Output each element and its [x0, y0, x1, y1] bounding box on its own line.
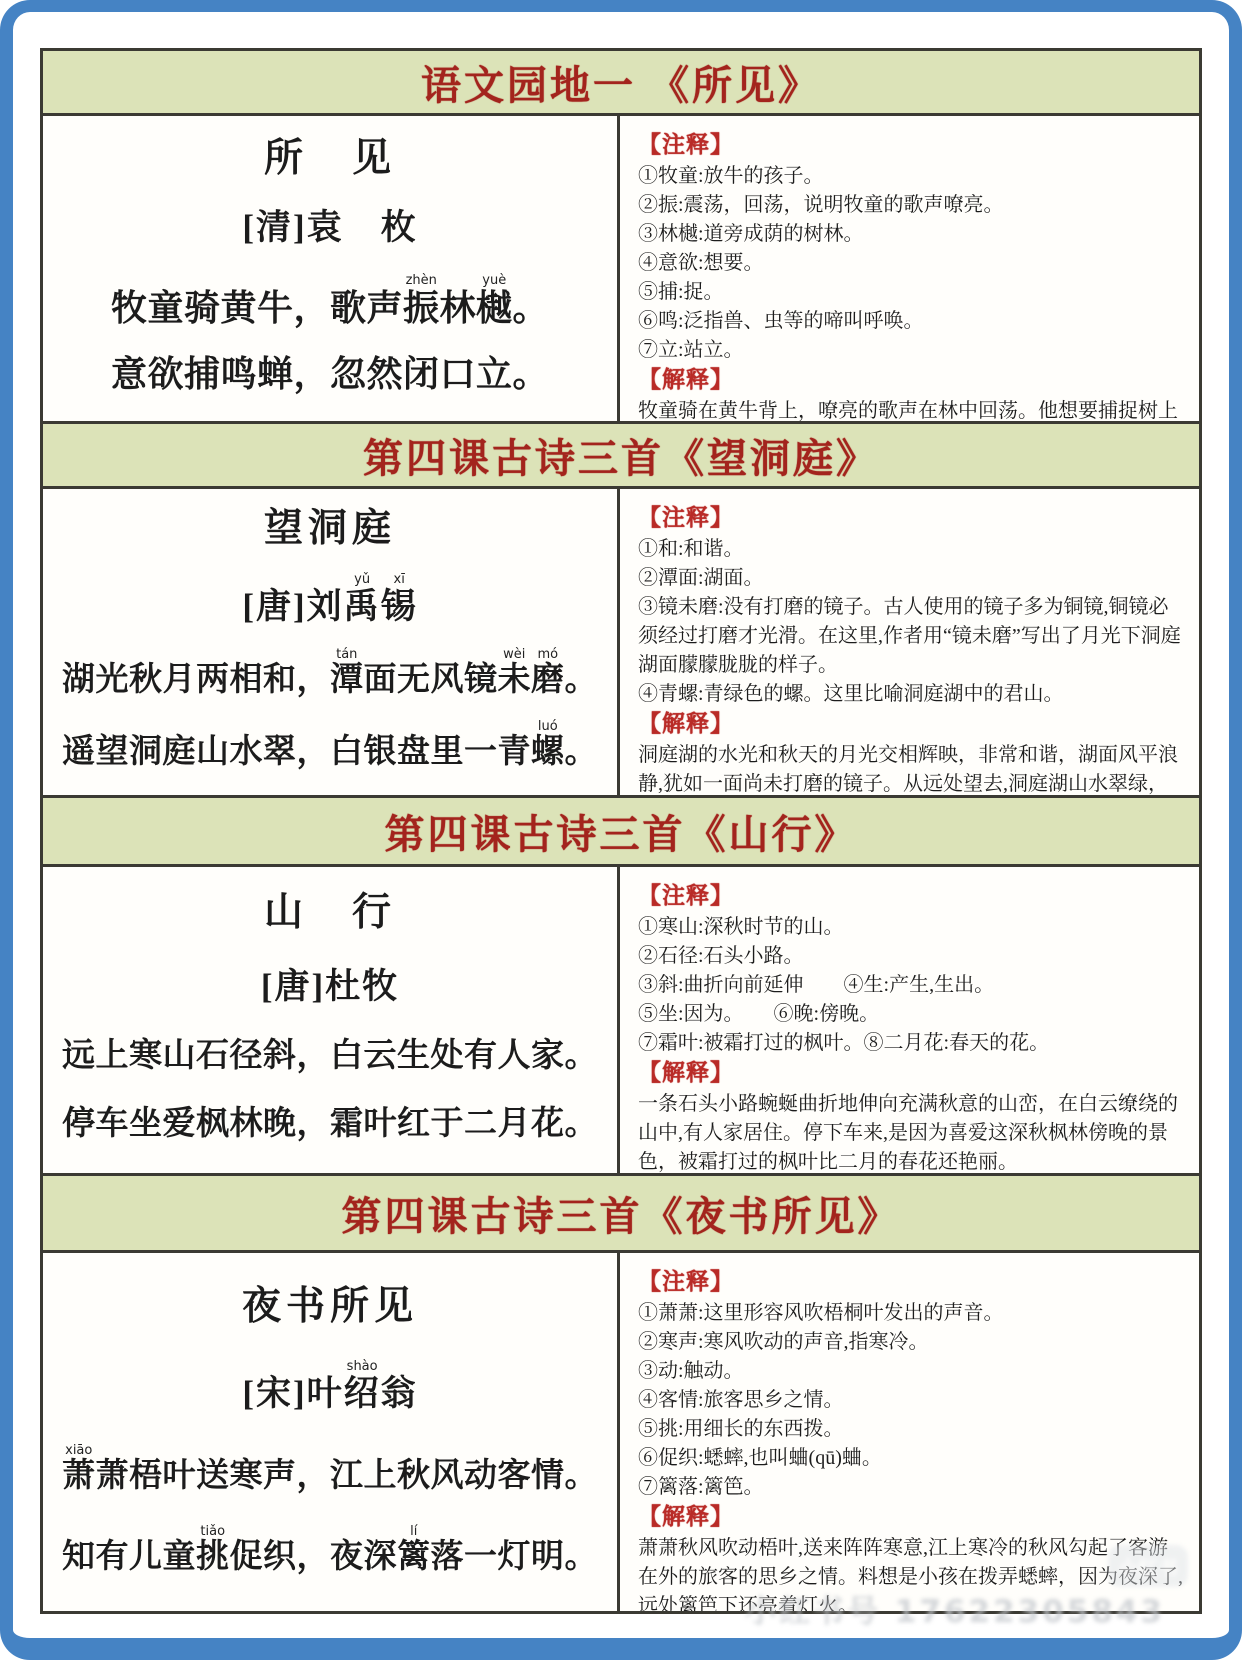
note-item: ②潭面:湖面。	[638, 564, 1187, 593]
explain-block: 【解释】 洞庭湖的水光和秋天的月光交相辉映，非常和谐，湖面风平浪静,犹如一面尚未…	[638, 709, 1187, 795]
note-item: ②寒声:寒风吹动的声音,指寒冷。	[638, 1328, 1187, 1357]
poem-line-2: 停车坐爱枫林晚，霜叶红于二月花。	[62, 1106, 598, 1143]
poem-cell: 望洞庭 [唐]刘禹yǔ锡xī 湖光秋月两相和，潭tán面无风镜未wèi磨mó。 …	[43, 489, 620, 795]
poem-author: [唐]刘禹yǔ锡xī	[242, 573, 417, 627]
poem-cell: 夜书所见 [宋]叶绍shào翁 萧xiāo萧梧叶送寒声，江上秋风动客情。 知有儿…	[43, 1253, 620, 1611]
explain-block: 【解释】 牧童骑在黄牛背上，嘹亮的歌声在林中回荡。他想要捕捉树上鸣叫的蝉，就马上…	[638, 365, 1187, 421]
explain-label: 【解释】	[638, 1502, 1187, 1532]
note-item: ⑤坐:因为。 ⑥晚:傍晚。	[638, 1000, 1187, 1029]
note-item: ③镜未磨:没有打磨的镜子。古人使用的镜子多为铜镜,铜镜必须经过打磨才光滑。在这里…	[638, 593, 1187, 680]
explain-label: 【解释】	[638, 365, 1187, 395]
note-item: ⑦霜叶:被霜打过的枫叶。⑧二月花:春天的花。	[638, 1029, 1187, 1058]
note-item: ③斜:曲折向前延伸 ④生:产生,生出。	[638, 971, 1187, 1000]
section-body: 夜书所见 [宋]叶绍shào翁 萧xiāo萧梧叶送寒声，江上秋风动客情。 知有儿…	[43, 1253, 1199, 1611]
note-item: ③动:触动。	[638, 1357, 1187, 1386]
note-item: ①和:和谐。	[638, 535, 1187, 564]
poem-title: 夜书所见	[242, 1285, 418, 1330]
section-header-title: 第四课古诗三首《山行》	[385, 803, 858, 860]
section-header: 第四课古诗三首《望洞庭》	[43, 424, 1199, 489]
notes-label: 【注释】	[638, 503, 1187, 533]
explain-text: 洞庭湖的水光和秋天的月光交相辉映，非常和谐，湖面风平浪静,犹如一面尚未打磨的镜子…	[638, 741, 1187, 795]
watermark-logo: 小红书	[1108, 1545, 1188, 1587]
worksheet-table: 语文园地一 《所见》 所 见 [清]袁 枚 牧童骑黄牛，歌声振zhèn林樾yuè…	[40, 48, 1202, 1614]
section-body: 望洞庭 [唐]刘禹yǔ锡xī 湖光秋月两相和，潭tán面无风镜未wèi磨mó。 …	[43, 489, 1199, 795]
explain-label: 【解释】	[638, 1058, 1187, 1088]
poem-title: 望洞庭	[264, 507, 396, 552]
poem-section: 第四课古诗三首《望洞庭》 望洞庭 [唐]刘禹yǔ锡xī 湖光秋月两相和，潭tán…	[43, 421, 1199, 795]
notes-list: ①和:和谐。②潭面:湖面。③镜未磨:没有打磨的镜子。古人使用的镜子多为铜镜,铜镜…	[638, 535, 1187, 709]
notes-label: 【注释】	[638, 881, 1187, 911]
explain-text: 一条石头小路蜿蜒曲折地伸向充满秋意的山峦，在白云缭绕的山中,有人家居住。停下车来…	[638, 1090, 1187, 1173]
note-item: ⑦篱落:篱笆。	[638, 1473, 1187, 1502]
poem-line-2: 知有儿童挑tiǎo促织，夜深篱lí落一灯明。	[62, 1525, 598, 1576]
note-item: ⑤挑:用细长的东西拨。	[638, 1415, 1187, 1444]
note-item: ④意欲:想要。	[638, 249, 1187, 278]
note-item: ②石径:石头小路。	[638, 942, 1187, 971]
section-header: 第四课古诗三首《山行》	[43, 798, 1199, 867]
section-header-title: 语文园地一 《所见》	[421, 54, 821, 111]
notes-list: ①寒山:深秋时节的山。②石径:石头小路。③斜:曲折向前延伸 ④生:产生,生出。⑤…	[638, 913, 1187, 1058]
poem-section: 语文园地一 《所见》 所 见 [清]袁 枚 牧童骑黄牛，歌声振zhèn林樾yuè…	[43, 51, 1199, 421]
poem-line-1: 牧童骑黄牛，歌声振zhèn林樾yuè。	[111, 274, 549, 328]
annotation-cell: 【注释】 ①牧童:放牛的孩子。②振:震荡，回荡，说明牧童的歌声嘹亮。③林樾:道旁…	[620, 116, 1199, 421]
explain-text: 牧童骑在黄牛背上，嘹亮的歌声在林中回荡。他想要捕捉树上鸣叫的蝉，就马上停止唱歌,…	[638, 397, 1187, 421]
annotation-cell: 【注释】 ①寒山:深秋时节的山。②石径:石头小路。③斜:曲折向前延伸 ④生:产生…	[620, 867, 1199, 1173]
watermark-text: 小红书号 17622305843	[745, 1586, 1165, 1631]
notes-list: ①牧童:放牛的孩子。②振:震荡，回荡，说明牧童的歌声嘹亮。③林樾:道旁成荫的树林…	[638, 162, 1187, 365]
note-item: ①牧童:放牛的孩子。	[638, 162, 1187, 191]
note-item: ⑥鸣:泛指兽、虫等的啼叫呼唤。	[638, 307, 1187, 336]
explain-block: 【解释】 一条石头小路蜿蜒曲折地伸向充满秋意的山峦，在白云缭绕的山中,有人家居住…	[638, 1058, 1187, 1173]
section-header: 语文园地一 《所见》	[43, 51, 1199, 116]
poem-line-1: 萧xiāo萧梧叶送寒声，江上秋风动客情。	[62, 1444, 598, 1495]
notes-label: 【注释】	[638, 130, 1187, 160]
annotation-cell: 【注释】 ①和:和谐。②潭面:湖面。③镜未磨:没有打磨的镜子。古人使用的镜子多为…	[620, 489, 1199, 795]
poem-author: [唐]杜牧	[261, 967, 399, 1007]
poem-line-2: 意欲捕鸣蝉，忽然闭口立。	[111, 354, 549, 394]
poem-title: 山 行	[264, 891, 396, 936]
note-item: ④客情:旅客思乡之情。	[638, 1386, 1187, 1415]
poem-title: 所 见	[264, 137, 396, 182]
section-header: 第四课古诗三首《夜书所见》	[43, 1176, 1199, 1253]
poem-line-1: 远上寒山石径斜，白云生处有人家。	[62, 1038, 598, 1075]
poem-section: 第四课古诗三首《夜书所见》 夜书所见 [宋]叶绍shào翁 萧xiāo萧梧叶送寒…	[43, 1173, 1199, 1611]
note-item: ④青螺:青绿色的螺。这里比喻洞庭湖中的君山。	[638, 680, 1187, 709]
section-header-title: 第四课古诗三首《望洞庭》	[363, 427, 879, 484]
section-body: 山 行 [唐]杜牧 远上寒山石径斜，白云生处有人家。 停车坐爱枫林晚，霜叶红于二…	[43, 867, 1199, 1173]
note-item: ①萧萧:这里形容风吹梧桐叶发出的声音。	[638, 1299, 1187, 1328]
explain-label: 【解释】	[638, 709, 1187, 739]
poem-cell: 山 行 [唐]杜牧 远上寒山石径斜，白云生处有人家。 停车坐爱枫林晚，霜叶红于二…	[43, 867, 620, 1173]
note-item: ①寒山:深秋时节的山。	[638, 913, 1187, 942]
section-body: 所 见 [清]袁 枚 牧童骑黄牛，歌声振zhèn林樾yuè。 意欲捕鸣蝉，忽然闭…	[43, 116, 1199, 421]
note-item: ⑦立:站立。	[638, 336, 1187, 365]
poem-author: [清]袁 枚	[242, 208, 417, 248]
note-item: ③林樾:道旁成荫的树林。	[638, 220, 1187, 249]
poem-line-2: 遥望洞庭山水翠，白银盘里一青螺luó。	[62, 720, 598, 771]
poem-cell: 所 见 [清]袁 枚 牧童骑黄牛，歌声振zhèn林樾yuè。 意欲捕鸣蝉，忽然闭…	[43, 116, 620, 421]
note-item: ②振:震荡，回荡，说明牧童的歌声嘹亮。	[638, 191, 1187, 220]
section-header-title: 第四课古诗三首《夜书所见》	[342, 1185, 901, 1242]
poem-author: [宋]叶绍shào翁	[242, 1360, 417, 1414]
note-item: ⑥促织:蟋蟀,也叫蛐(qū)蛐。	[638, 1444, 1187, 1473]
poem-line-1: 湖光秋月两相和，潭tán面无风镜未wèi磨mó。	[62, 648, 598, 699]
notes-label: 【注释】	[638, 1267, 1187, 1297]
note-item: ⑤捕:捉。	[638, 278, 1187, 307]
notes-list: ①萧萧:这里形容风吹梧桐叶发出的声音。②寒声:寒风吹动的声音,指寒冷。③动:触动…	[638, 1299, 1187, 1502]
poem-section: 第四课古诗三首《山行》 山 行 [唐]杜牧 远上寒山石径斜，白云生处有人家。 停…	[43, 795, 1199, 1173]
